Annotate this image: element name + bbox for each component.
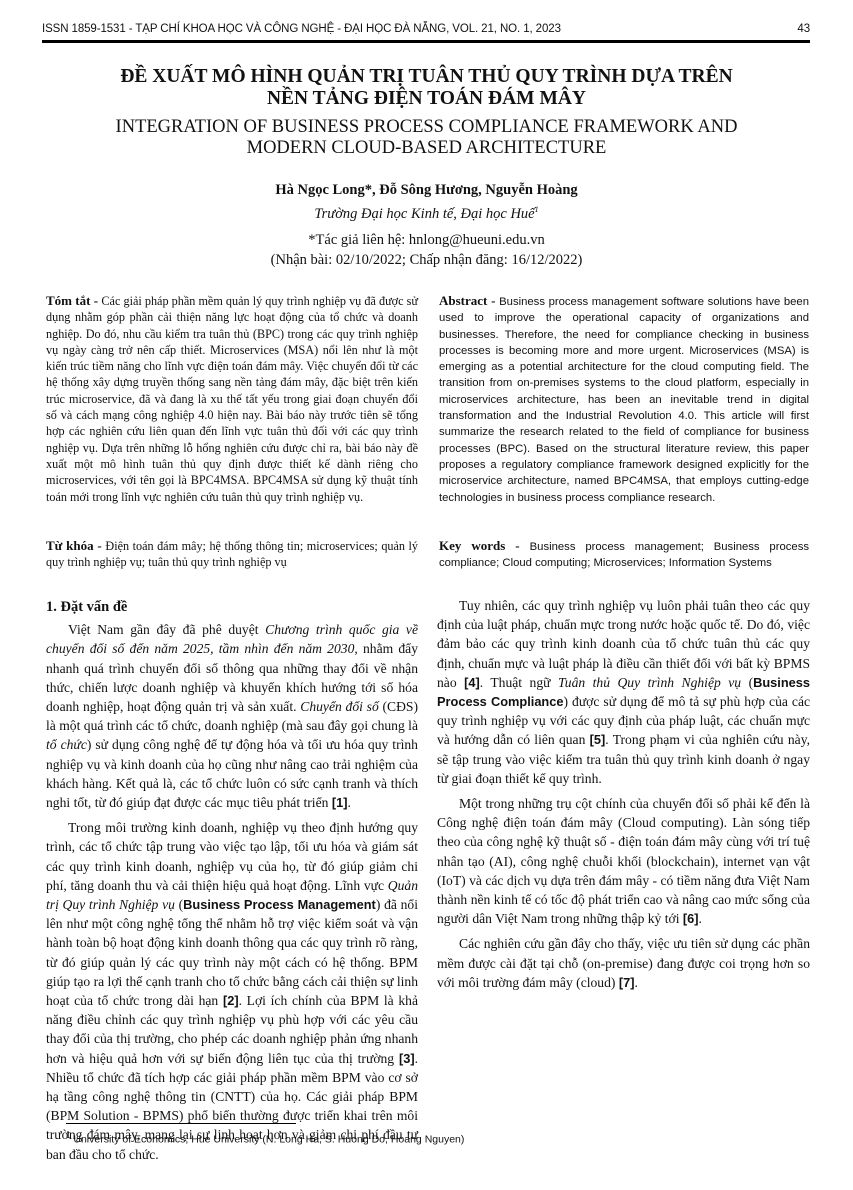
body-column-left: 1. Đặt vấn đề Việt Nam gần đây đã phê du… bbox=[46, 598, 418, 1170]
page-number: 43 bbox=[797, 23, 810, 35]
citation-link[interactable]: [7] bbox=[619, 975, 635, 990]
citation-link[interactable]: [1] bbox=[332, 795, 348, 810]
keywords-vi-label: Từ khóa - bbox=[46, 538, 105, 553]
text-run: ) sử dụng công nghệ để tự động hóa và tố… bbox=[46, 737, 418, 810]
footnote-text: University of Economics, Hue University … bbox=[73, 1134, 464, 1146]
paragraph-3: Tuy nhiên, các quy trình nghiệp vụ luôn … bbox=[437, 596, 810, 788]
bold-run: Business Process Management bbox=[183, 897, 376, 912]
journal-info: ISSN 1859-1531 - TẠP CHÍ KHOA HỌC VÀ CÔN… bbox=[42, 23, 561, 35]
vietnamese-title: ĐỀ XUẤT MÔ HÌNH QUẢN TRỊ TUÂN THỦ QUY TR… bbox=[40, 66, 813, 110]
english-title-line-2: MODERN CLOUD-BASED ARCHITECTURE bbox=[40, 138, 813, 159]
citation-link[interactable]: [4] bbox=[464, 675, 480, 690]
citation-link[interactable]: [6] bbox=[683, 911, 699, 926]
english-title-line-1: INTEGRATION OF BUSINESS PROCESS COMPLIAN… bbox=[40, 117, 813, 138]
abstract-en-label: Abstract - bbox=[439, 293, 499, 308]
text-run: . Thuật ngữ bbox=[480, 675, 558, 690]
paragraph-4: Một trong những trụ cột chính của chuyển… bbox=[437, 794, 810, 928]
english-title: INTEGRATION OF BUSINESS PROCESS COMPLIAN… bbox=[40, 117, 813, 159]
running-header: ISSN 1859-1531 - TẠP CHÍ KHOA HỌC VÀ CÔN… bbox=[42, 22, 810, 43]
text-run: Việt Nam gần đây đã phê duyệt bbox=[68, 622, 265, 637]
affiliation-text: Trường Đại học Kinh tế, Đại học Huế bbox=[314, 206, 534, 222]
footnote: 1 University of Economics, Hue Universit… bbox=[66, 1131, 464, 1146]
citation-link[interactable]: [2] bbox=[223, 993, 239, 1008]
author-names: Hà Ngọc Long*, Đỗ Sông Hương, Nguyễn Hoà… bbox=[40, 180, 813, 200]
text-run: Trong môi trường kinh doanh, nghiệp vụ t… bbox=[46, 820, 418, 893]
abstract-en-text: Business process management software sol… bbox=[439, 296, 809, 504]
affiliation: Trường Đại học Kinh tế, Đại học Huế1 bbox=[40, 200, 813, 224]
abstract-english: Abstract - Business process management s… bbox=[439, 293, 809, 506]
body-column-right: Tuy nhiên, các quy trình nghiệp vụ luôn … bbox=[437, 596, 810, 998]
vietnamese-title-line-2: NỀN TẢNG ĐIỆN TOÁN ĐÁM MÂY bbox=[40, 88, 813, 110]
paragraph-5: Các nghiên cứu gần đây cho thấy, việc ưu… bbox=[437, 934, 810, 992]
paper-title-block: ĐỀ XUẤT MÔ HÌNH QUẢN TRỊ TUÂN THỦ QUY TR… bbox=[40, 66, 813, 159]
keywords-en-label: Key words - bbox=[439, 538, 530, 553]
abstract-vietnamese: Tóm tắt - Các giải pháp phần mềm quản lý… bbox=[46, 293, 418, 505]
italic-run: tổ chức bbox=[46, 737, 87, 752]
keywords-english: Key words - Business process management;… bbox=[439, 538, 809, 572]
abstract-vi-text: Các giải pháp phần mềm quản lý quy trình… bbox=[46, 294, 418, 504]
italic-run: Chuyển đổi số bbox=[300, 699, 379, 714]
text-run: Một trong những trụ cột chính của chuyển… bbox=[437, 796, 810, 926]
citation-link[interactable]: [3] bbox=[399, 1051, 415, 1066]
text-run: . bbox=[634, 975, 637, 990]
corresponding-author: *Tác giả liên hệ: hnlong@hueuni.edu.vn bbox=[40, 230, 813, 250]
affiliation-footnote-marker: 1 bbox=[535, 205, 539, 214]
paragraph-2: Trong môi trường kinh doanh, nghiệp vụ t… bbox=[46, 818, 418, 1164]
italic-run: Tuân thủ Quy trình Nghiệp vụ bbox=[558, 675, 741, 690]
submission-dates: (Nhận bài: 02/10/2022; Chấp nhận đăng: 1… bbox=[40, 250, 813, 270]
footnote-marker: 1 bbox=[66, 1131, 70, 1140]
keywords-vietnamese: Từ khóa - Điện toán đám mây; hệ thống th… bbox=[46, 538, 418, 571]
text-run: . bbox=[699, 911, 702, 926]
text-run: ( bbox=[175, 897, 183, 912]
abstract-vi-label: Tóm tắt - bbox=[46, 293, 101, 308]
paragraph-1: Việt Nam gần đây đã phê duyệt Chương trì… bbox=[46, 620, 418, 812]
vietnamese-title-line-1: ĐỀ XUẤT MÔ HÌNH QUẢN TRỊ TUÂN THỦ QUY TR… bbox=[40, 66, 813, 88]
text-run: . bbox=[347, 795, 350, 810]
text-run: ( bbox=[741, 675, 753, 690]
text-run: ) đã nổi lên như một công nghệ tổng thể … bbox=[46, 897, 418, 1008]
author-block: Hà Ngọc Long*, Đỗ Sông Hương, Nguyễn Hoà… bbox=[40, 180, 813, 270]
section-heading: 1. Đặt vấn đề bbox=[46, 598, 418, 617]
footnote-divider bbox=[66, 1123, 296, 1124]
citation-link[interactable]: [5] bbox=[590, 732, 606, 747]
